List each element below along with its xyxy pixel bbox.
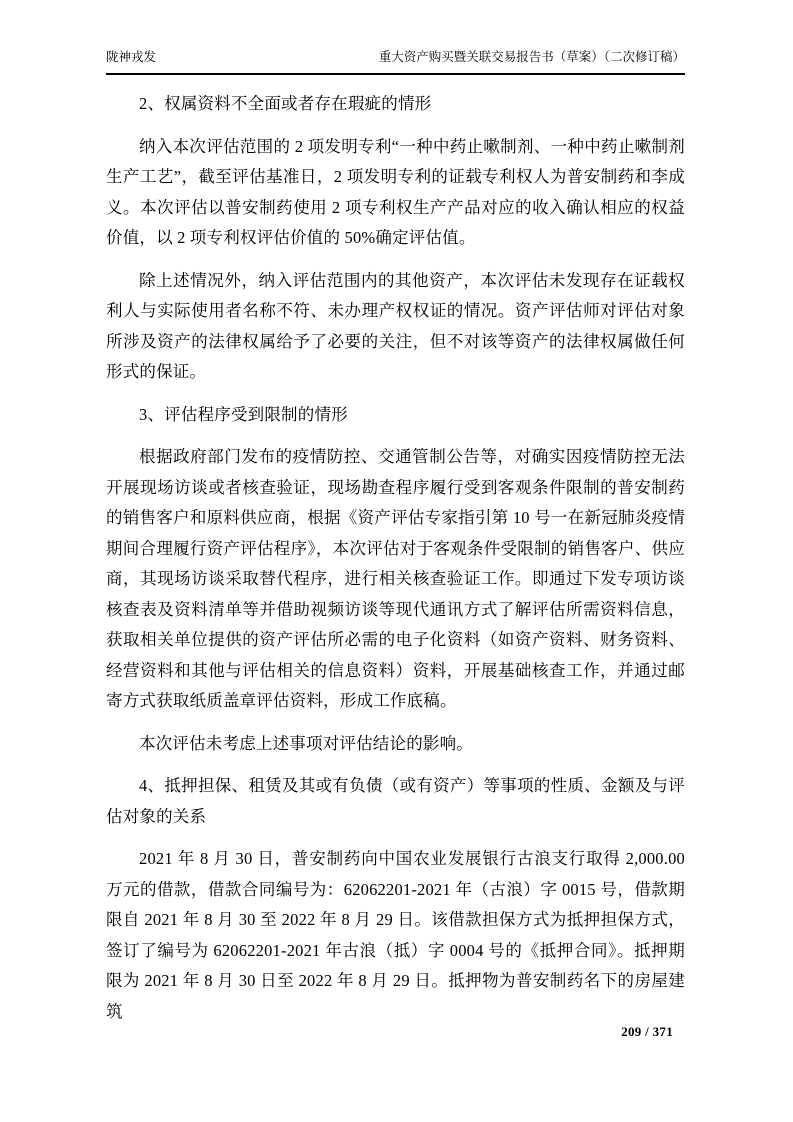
document-page: 陇神戎发 重大资产购买暨关联交易报告书（草案）（二次修订稿） 2、权属资料不全面…	[0, 0, 793, 1122]
page-footer: 209 / 371	[621, 1024, 673, 1040]
paragraph-mortgage-loan-detail: 2021 年 8 月 30 日，普安制药向中国农业发展银行古浪支行取得 2,00…	[106, 844, 685, 1027]
header-doc-full-title: 重大资产购买暨关联交易报告书（草案）（二次修订稿）	[379, 48, 685, 66]
header-doc-short-title: 陇神戎发	[106, 48, 156, 66]
paragraph-procedure-limits-detail: 根据政府部门发布的疫情防控、交通管制公告等，对确实因疫情防控无法开展现场访谈或者…	[106, 442, 685, 717]
section-heading-ownership-defects: 2、权属资料不全面或者存在瑕疵的情形	[106, 89, 685, 120]
page-header: 陇神戎发 重大资产购买暨关联交易报告书（草案）（二次修订稿）	[106, 48, 685, 75]
document-body: 2、权属资料不全面或者存在瑕疵的情形 纳入本次评估范围的 2 项发明专利“一种中…	[106, 89, 685, 1039]
section-heading-mortgage-guarantee: 4、抵押担保、租赁及其或有负债（或有资产）等事项的性质、金额及与评估对象的关系	[106, 771, 685, 832]
page-number: 209 / 371	[621, 1024, 673, 1039]
section-heading-procedure-limits: 3、评估程序受到限制的情形	[106, 400, 685, 431]
paragraph-other-assets: 除上述情况外，纳入评估范围内的其他资产，本次评估未发现存在证载权利人与实际使用者…	[106, 266, 685, 388]
paragraph-patents-valuation: 纳入本次评估范围的 2 项发明专利“一种中药止嗽制剂、一种中药止嗽制剂生产工艺”…	[106, 132, 685, 254]
paragraph-no-impact-statement: 本次评估未考虑上述事项对评估结论的影响。	[106, 729, 685, 760]
